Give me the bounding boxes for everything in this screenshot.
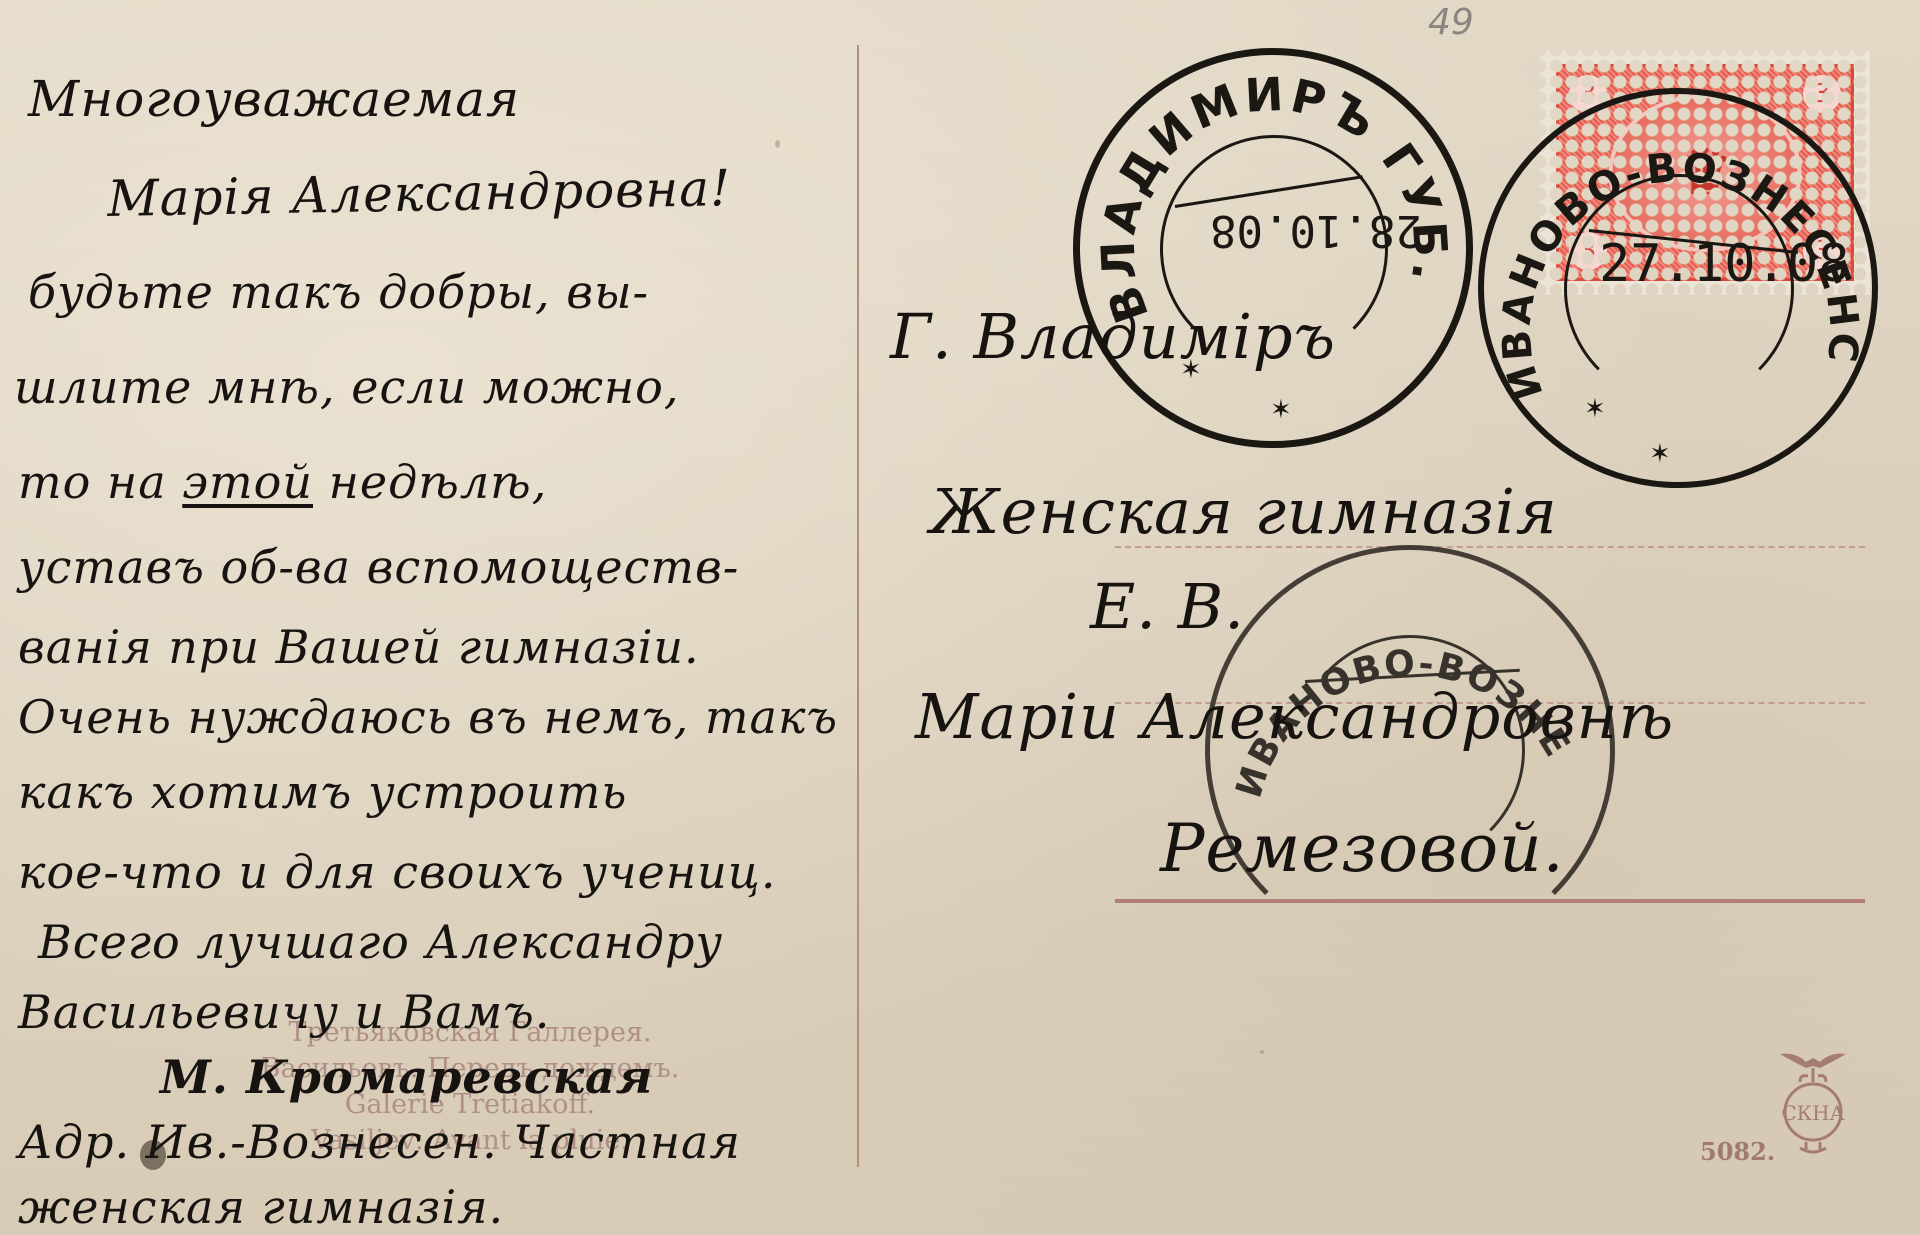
- message-line: Многоуважаемая: [28, 70, 520, 128]
- address-line: Г. Владиміръ: [890, 300, 1336, 373]
- message-line: ванія при Вашей гимназіи.: [18, 620, 700, 674]
- message-line: Марія Александровна!: [107, 159, 732, 228]
- message-line: кое-что и для своихъ учениц.: [18, 845, 777, 899]
- speck: [775, 140, 780, 148]
- message-line: шлите мнѣ, если можно,: [14, 360, 679, 414]
- address-line: Женская гимназія: [930, 475, 1558, 548]
- svg-text:ИВАНОВО-ВОЗНЕСЕНСКЪ ВЛ.: ИВАНОВО-ВОЗНЕСЕНСКЪ ВЛ.: [1192, 518, 1578, 803]
- message-line: какъ хотимъ устроить: [18, 765, 627, 819]
- message-line: Васильевичу и Вамъ.: [18, 985, 550, 1039]
- speck: [1260, 1050, 1264, 1054]
- postmark-vladimir: ВЛАДИМИРЪ ГУБ. 28.10.08 ✶ ✶: [1073, 48, 1473, 448]
- star-icon: ✶: [1584, 394, 1606, 424]
- address-line: Ремезовой.: [1160, 810, 1565, 887]
- postmark-ivanovo: ИВАНОВО-ВОЗНЕСЕНСКЪ ВЛАД. 27.10.08 ✶ ✶: [1478, 88, 1878, 488]
- message-line: женская гимназія.: [18, 1180, 504, 1234]
- message-line: уставъ об-ва вспомоществ-: [18, 540, 739, 594]
- signature: М. Кромаревская: [160, 1050, 653, 1104]
- svg-text:СКНА: СКНА: [1781, 1101, 1844, 1125]
- postmark-date: 27.10.08: [1599, 234, 1849, 294]
- star-icon: ✶: [1270, 395, 1292, 425]
- postcard: 49 Третьяковская Галлерея. Васильевъ. Пе…: [0, 0, 1920, 1235]
- publisher-monogram-icon: СКНА: [1776, 1048, 1850, 1160]
- star-icon: ✶: [1649, 439, 1671, 469]
- message-line: Адр. Ив.-Вознесен. Частная: [18, 1115, 741, 1169]
- message-line: то на этой недѣлѣ,: [18, 455, 547, 509]
- message-line: Всего лучшаго Александру: [38, 915, 723, 969]
- svg-text:ИВАНОВО-ВОЗНЕСЕНСКЪ ВЛАД.: ИВАНОВО-ВОЗНЕСЕНСКЪ ВЛАД.: [1464, 58, 1867, 405]
- address-line: Маріи Александровнѣ: [915, 680, 1674, 753]
- pencil-note: 49: [1428, 2, 1474, 43]
- divider-line: [857, 45, 859, 1167]
- address-line: Е. В.: [1090, 570, 1245, 643]
- svg-text:ВЛАДИМИРЪ ГУБ.: ВЛАДИМИРЪ ГУБ.: [1090, 67, 1458, 330]
- postmark-date: 28.10.08: [1210, 205, 1422, 256]
- card-number: 5082.: [1700, 1137, 1775, 1166]
- message-line: будьте такъ добры, вы-: [28, 265, 649, 319]
- emphasized-word: этой: [182, 455, 313, 509]
- message-line: Очень нуждаюсь въ немъ, такъ: [18, 690, 838, 744]
